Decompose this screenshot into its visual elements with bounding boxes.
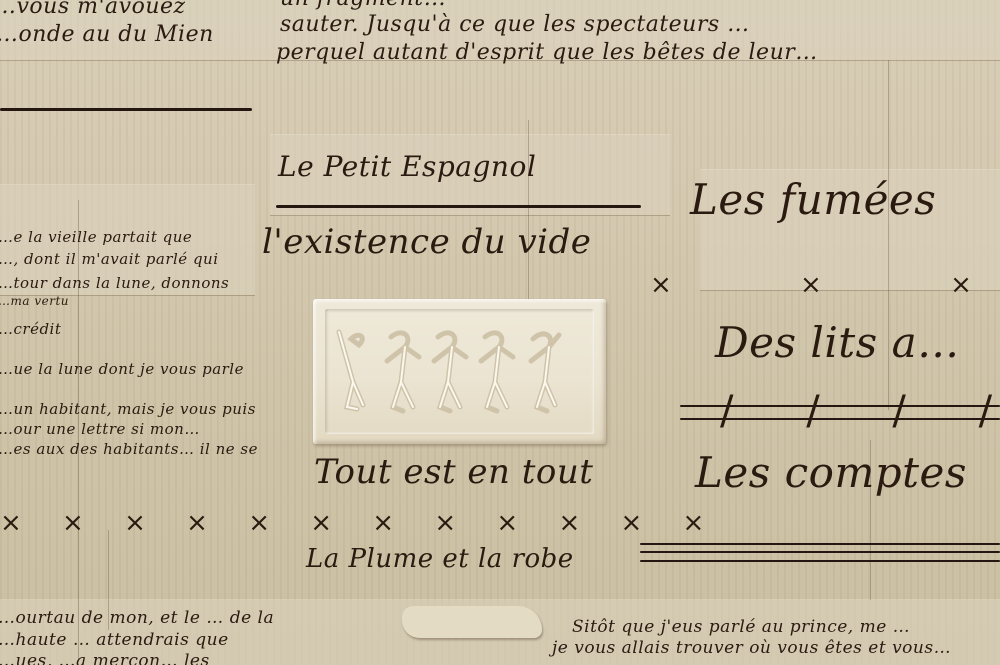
text-left-mid-line1: …e la vieille partait que (0, 228, 192, 246)
heading-des-lits: Des lits a… (715, 318, 960, 367)
motto-tout-est-en-tout: Tout est en tout (314, 452, 593, 492)
text-left-mid-line4: …ma vertu (0, 294, 69, 308)
text-top-center-line1: un fragment… (280, 0, 446, 11)
dancer-figure-icon (383, 327, 423, 422)
text-left-mid-line2: …, dont il m'avait parlé qui (0, 250, 219, 268)
text-top-center-line3: perquel autant d'esprit que les bêtes de… (276, 40, 818, 65)
manuscript-collage: …vous m'avouez …onde au du Mien un fragm… (0, 0, 1000, 665)
embossed-relief-dancers (313, 299, 606, 444)
dancer-figure-icon (525, 327, 565, 422)
text-bottom-right-line1: Sitôt que j'eus parlé au prince, me … (572, 617, 910, 637)
heading-les-comptes: Les comptes (695, 448, 967, 497)
subtitle-existence-du-vide: l'existence du vide (262, 222, 591, 262)
dancer-figure-icon (333, 327, 373, 422)
text-left-low-line1: …crédit (0, 320, 61, 338)
x-marks-lower: × × × × × × × × × × × × (0, 508, 720, 538)
triple-rule-2 (640, 551, 1000, 553)
text-left-low-line5: …es aux des habitants… il ne se (0, 440, 258, 458)
dancer-figure-icon (430, 327, 470, 422)
slash-marks-right: / / / / / / / (720, 388, 1000, 434)
torn-paper-scrap (402, 606, 542, 638)
text-left-low-line3: …un habitant, mais je vous puis (0, 400, 256, 418)
text-left-low-line2: …ue la lune dont je vous parle (0, 360, 244, 378)
text-la-plume-et-la-robe: La Plume et la robe (306, 544, 574, 574)
text-top-left-line1: …vous m'avouez (0, 0, 186, 19)
crease (528, 120, 529, 300)
heading-les-fumees: Les fumées (690, 175, 936, 224)
text-bottom-right-line2: je vous allais trouver où vous êtes et v… (552, 638, 951, 658)
text-bottom-left-line2: …haute … attendrais que (0, 630, 229, 650)
title-underline (276, 205, 641, 208)
dancer-figure-icon (477, 327, 517, 422)
text-bottom-left-line3: …ues, …a mercon… les (0, 651, 210, 665)
text-top-center-line2: sauter. Jusqu'à ce que les spectateurs … (280, 12, 750, 37)
underline-top-left (0, 108, 252, 111)
triple-rule-3 (640, 560, 1000, 562)
title-le-petit-espagnol: Le Petit Espagnol (278, 150, 536, 183)
text-left-mid-line3: …tour dans la lune, donnons (0, 274, 229, 292)
triple-rule-1 (640, 543, 1000, 545)
text-bottom-left-line1: …ourtau de mon, et le … de la (0, 608, 274, 628)
x-marks-right: × × × × (650, 270, 1000, 300)
text-top-left-line2: …onde au du Mien (0, 22, 214, 47)
text-left-low-line4: …our une lettre si mon… (0, 420, 200, 438)
relief-frame (325, 309, 594, 434)
